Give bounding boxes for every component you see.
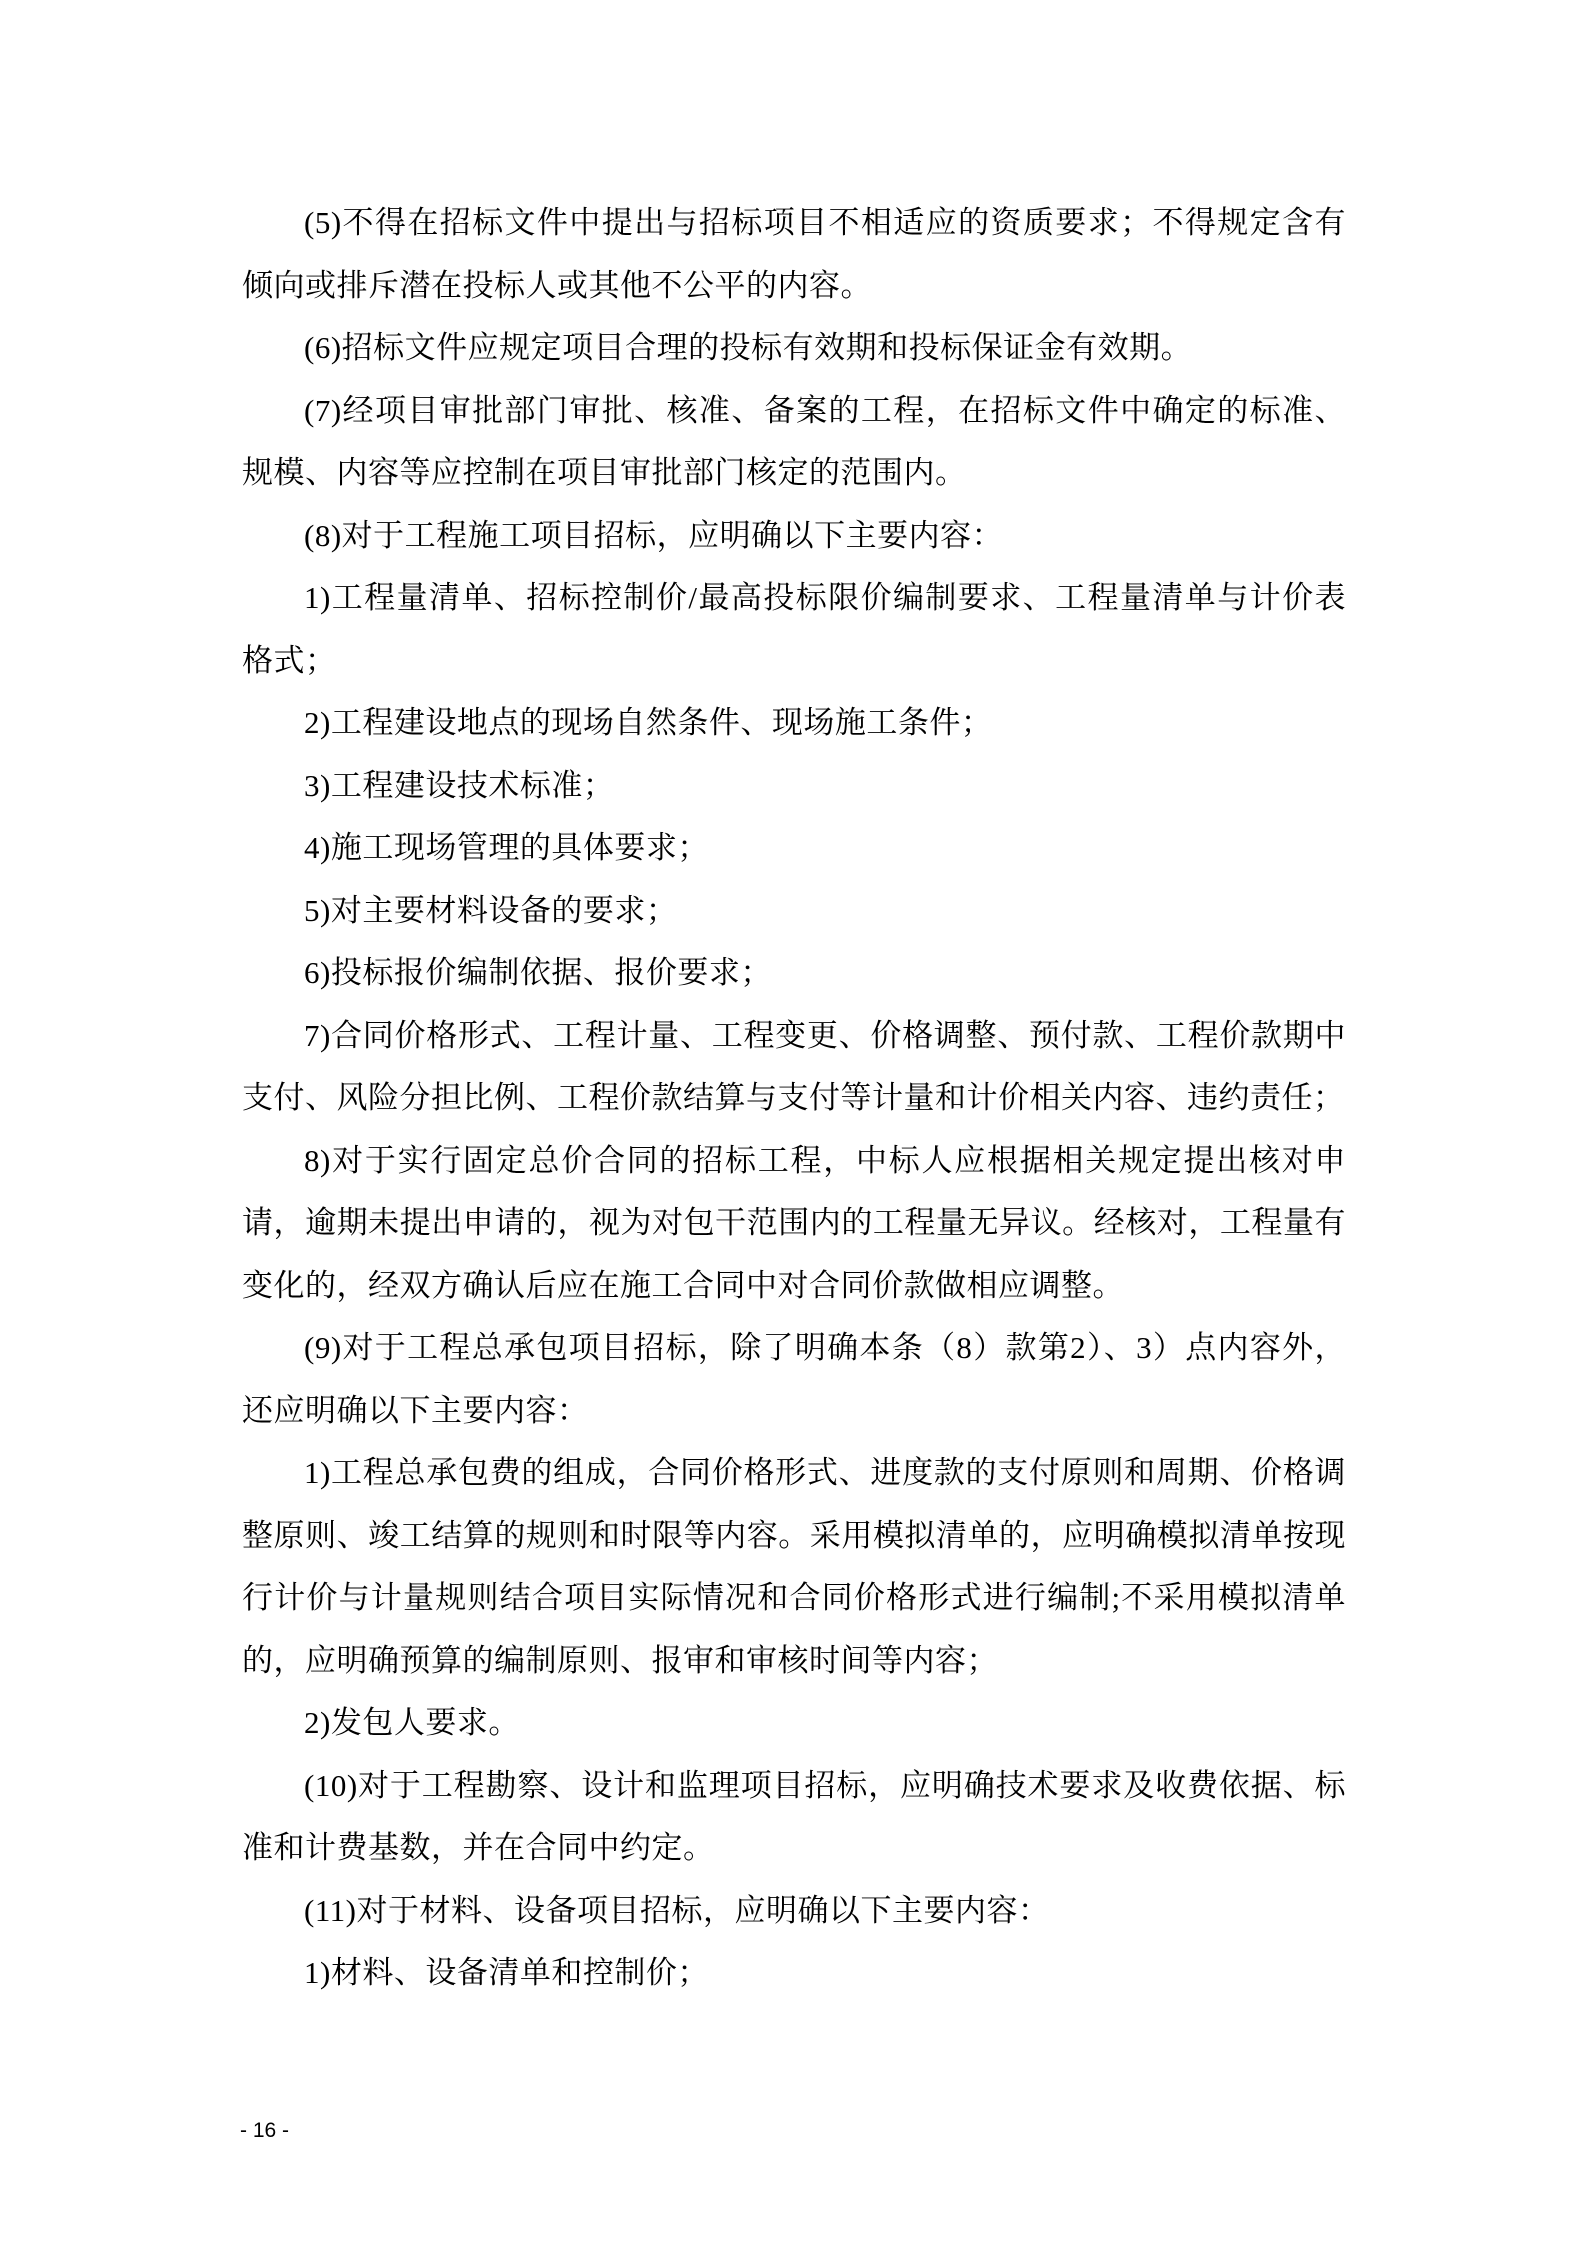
paragraph: 4)施工现场管理的具体要求； (242, 817, 1346, 880)
text-line: 7)合同价格形式、工程计量、工程变更、价格调整、预付款、工程价款期中 (242, 1005, 1346, 1068)
text-line: 格式； (242, 630, 1346, 693)
text-line: (5)不得在招标文件中提出与招标项目不相适应的资质要求；不得规定含有 (242, 192, 1346, 255)
paragraph: 1)材料、设备清单和控制价； (242, 1942, 1346, 2005)
document-body: (5)不得在招标文件中提出与招标项目不相适应的资质要求；不得规定含有倾向或排斥潜… (242, 192, 1346, 2005)
paragraph: (5)不得在招标文件中提出与招标项目不相适应的资质要求；不得规定含有倾向或排斥潜… (242, 192, 1346, 317)
paragraph: (11)对于材料、设备项目招标，应明确以下主要内容： (242, 1880, 1346, 1943)
text-line: 1)工程总承包费的组成，合同价格形式、进度款的支付原则和周期、价格调 (242, 1442, 1346, 1505)
text-line: 8)对于实行固定总价合同的招标工程，中标人应根据相关规定提出核对申 (242, 1130, 1346, 1193)
text-line: 5)对主要材料设备的要求； (242, 880, 1346, 943)
text-line: 2)发包人要求。 (242, 1692, 1346, 1755)
document-page: (5)不得在招标文件中提出与招标项目不相适应的资质要求；不得规定含有倾向或排斥潜… (0, 0, 1587, 2245)
text-line: 规模、内容等应控制在项目审批部门核定的范围内。 (242, 442, 1346, 505)
text-line: 还应明确以下主要内容： (242, 1380, 1346, 1443)
paragraph: 5)对主要材料设备的要求； (242, 880, 1346, 943)
paragraph: 2)发包人要求。 (242, 1692, 1346, 1755)
page-number: - 16 - (240, 2118, 289, 2144)
text-line: (6)招标文件应规定项目合理的投标有效期和投标保证金有效期。 (242, 317, 1346, 380)
text-line: 支付、风险分担比例、工程价款结算与支付等计量和计价相关内容、违约责任； (242, 1067, 1346, 1130)
paragraph: 7)合同价格形式、工程计量、工程变更、价格调整、预付款、工程价款期中支付、风险分… (242, 1005, 1346, 1130)
text-line: 3)工程建设技术标准； (242, 755, 1346, 818)
paragraph: 2)工程建设地点的现场自然条件、现场施工条件； (242, 692, 1346, 755)
text-line: 倾向或排斥潜在投标人或其他不公平的内容。 (242, 255, 1346, 318)
text-line: (8)对于工程施工项目招标，应明确以下主要内容： (242, 505, 1346, 568)
paragraph: 1)工程总承包费的组成，合同价格形式、进度款的支付原则和周期、价格调整原则、竣工… (242, 1442, 1346, 1692)
paragraph: (7)经项目审批部门审批、核准、备案的工程，在招标文件中确定的标准、规模、内容等… (242, 380, 1346, 505)
text-line: (9)对于工程总承包项目招标，除了明确本条（8）款第2）、3）点内容外， (242, 1317, 1346, 1380)
text-line: 6)投标报价编制依据、报价要求； (242, 942, 1346, 1005)
text-line: 准和计费基数，并在合同中约定。 (242, 1817, 1346, 1880)
text-line: (10)对于工程勘察、设计和监理项目招标，应明确技术要求及收费依据、标 (242, 1755, 1346, 1818)
text-line: 4)施工现场管理的具体要求； (242, 817, 1346, 880)
text-line: (7)经项目审批部门审批、核准、备案的工程，在招标文件中确定的标准、 (242, 380, 1346, 443)
paragraph: 1)工程量清单、招标控制价/最高投标限价编制要求、工程量清单与计价表格式； (242, 567, 1346, 692)
paragraph: 3)工程建设技术标准； (242, 755, 1346, 818)
text-line: 1)工程量清单、招标控制价/最高投标限价编制要求、工程量清单与计价表 (242, 567, 1346, 630)
paragraph: 8)对于实行固定总价合同的招标工程，中标人应根据相关规定提出核对申请，逾期未提出… (242, 1130, 1346, 1318)
text-line: (11)对于材料、设备项目招标，应明确以下主要内容： (242, 1880, 1346, 1943)
text-line: 请，逾期未提出申请的，视为对包干范围内的工程量无异议。经核对，工程量有 (242, 1192, 1346, 1255)
text-line: 1)材料、设备清单和控制价； (242, 1942, 1346, 2005)
paragraph: 6)投标报价编制依据、报价要求； (242, 942, 1346, 1005)
text-line: 整原则、竣工结算的规则和时限等内容。采用模拟清单的，应明确模拟清单按现 (242, 1505, 1346, 1568)
paragraph: (8)对于工程施工项目招标，应明确以下主要内容： (242, 505, 1346, 568)
text-line: 变化的，经双方确认后应在施工合同中对合同价款做相应调整。 (242, 1255, 1346, 1318)
text-line: 的，应明确预算的编制原则、报审和审核时间等内容； (242, 1630, 1346, 1693)
paragraph: (10)对于工程勘察、设计和监理项目招标，应明确技术要求及收费依据、标准和计费基… (242, 1755, 1346, 1880)
text-line: 2)工程建设地点的现场自然条件、现场施工条件； (242, 692, 1346, 755)
text-line: 行计价与计量规则结合项目实际情况和合同价格形式进行编制;不采用模拟清单 (242, 1567, 1346, 1630)
paragraph: (9)对于工程总承包项目招标，除了明确本条（8）款第2）、3）点内容外，还应明确… (242, 1317, 1346, 1442)
paragraph: (6)招标文件应规定项目合理的投标有效期和投标保证金有效期。 (242, 317, 1346, 380)
